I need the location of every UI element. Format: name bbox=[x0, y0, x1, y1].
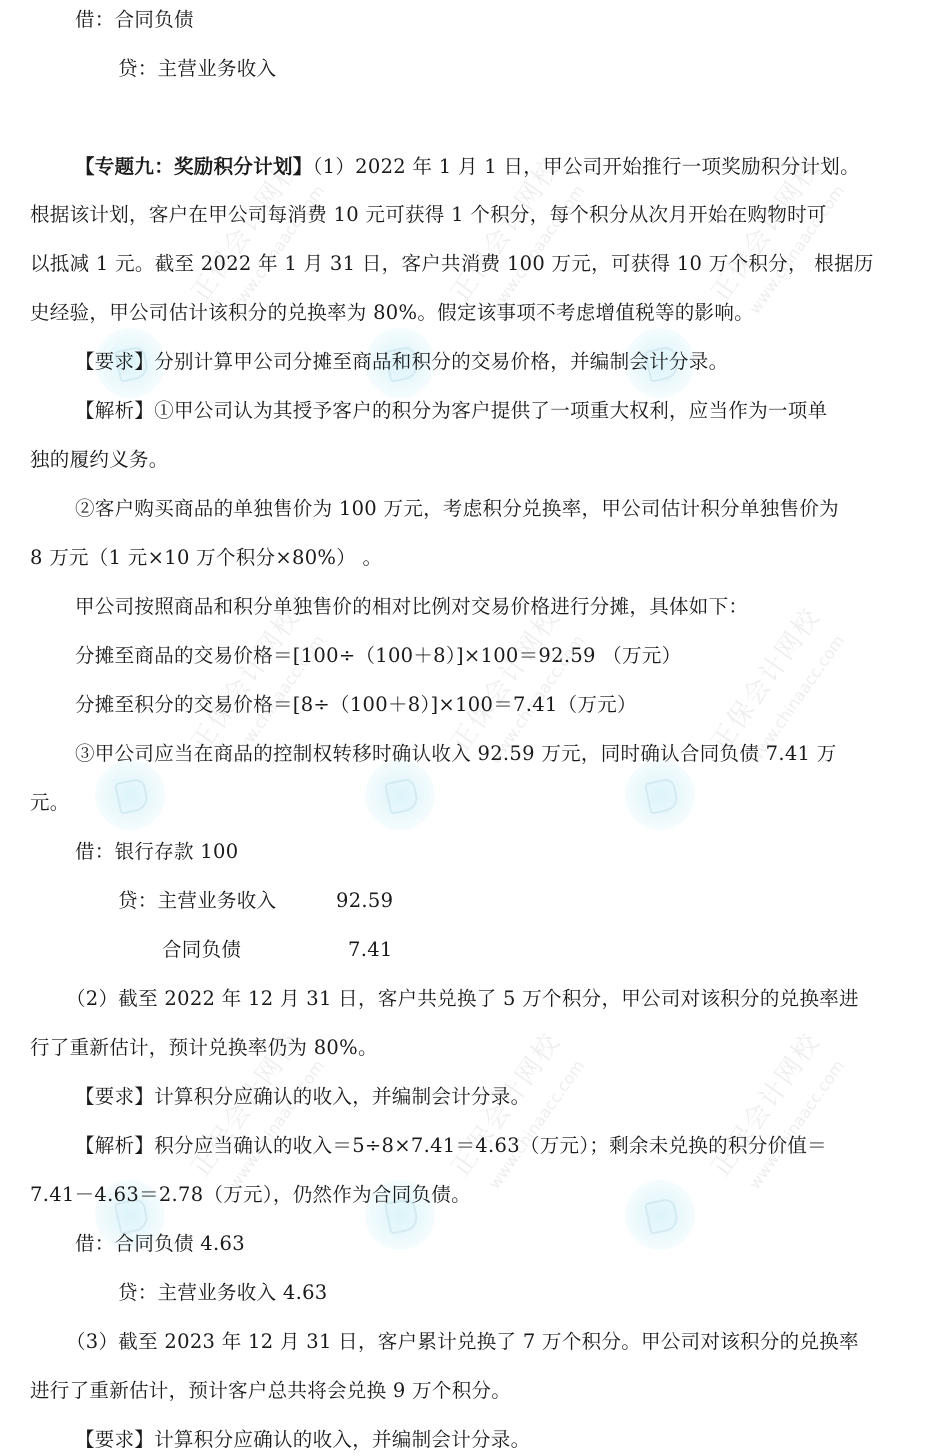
journal-account: 贷：主营业务收入 bbox=[118, 889, 276, 912]
paragraph-line: 根据该计划，客户在甲公司每消费 10 元可获得 1 个积分，每个积分从次月开始在… bbox=[30, 200, 827, 230]
analysis-line: 元。 bbox=[30, 788, 70, 818]
analysis-line: 【解析】积分应当确认的收入＝5÷8×7.41＝4.63（万元）；剩余未兑换的积分… bbox=[75, 1131, 827, 1161]
watermark-logo-icon bbox=[625, 760, 695, 830]
journal-credit-line: 合同负债 bbox=[162, 935, 241, 965]
paragraph-line: 进行了重新估计，预计客户总共将会兑换 9 万个积分。 bbox=[30, 1376, 511, 1406]
formula-line: 分摊至商品的交易价格＝[100÷（100＋8）]×100＝92.59 （万元） bbox=[75, 641, 681, 671]
paragraph-line: （3）截至 2023 年 12 月 31 日，客户累计兑换了 7 万个积分。甲公… bbox=[66, 1327, 859, 1357]
topic-paragraph-line: 【专题九：奖励积分计划】（1）2022 年 1 月 1 日，甲公司开始推行一项奖… bbox=[75, 152, 860, 182]
paragraph-line: 史经验，甲公司估计该积分的兑换率为 80%。假定该事项不考虑增值税等的影响。 bbox=[30, 298, 754, 328]
analysis-line: 8 万元（1 元×10 万个积分×80%） 。 bbox=[30, 543, 382, 573]
document-page: 正保会计网校 正保会计网校 正保会计网校 www.chinaacc.com ww… bbox=[0, 0, 933, 1456]
topic-title: 【专题九：奖励积分计划】 bbox=[75, 155, 313, 178]
journal-amount: 7.41 bbox=[348, 935, 393, 965]
requirement-line: 【要求】计算积分应确认的收入，并编制会计分录。 bbox=[75, 1082, 530, 1112]
journal-amount: 92.59 bbox=[336, 886, 393, 916]
analysis-line: 7.41－4.63＝2.78（万元），仍然作为合同负债。 bbox=[30, 1180, 471, 1210]
watermark-logo-icon bbox=[95, 760, 165, 830]
journal-debit-line: 借：合同负债 bbox=[75, 5, 194, 35]
watermark-logo-icon bbox=[625, 1180, 695, 1250]
paragraph-line: 行了重新估计，预计兑换率仍为 80%。 bbox=[30, 1033, 378, 1063]
journal-credit-line: 贷：主营业务收入 4.63 bbox=[118, 1278, 328, 1308]
analysis-line: ③甲公司应当在商品的控制权转移时确认收入 92.59 万元，同时确认合同负债 7… bbox=[75, 739, 837, 769]
paragraph-line: 以抵减 1 元。截至 2022 年 1 月 31 日，客户共消费 100 万元，… bbox=[30, 249, 874, 279]
formula-line: 分摊至积分的交易价格＝[8÷（100＋8）]×100＝7.41（万元） bbox=[75, 690, 637, 720]
analysis-line: 独的履约义务。 bbox=[30, 445, 169, 475]
topic-text: （1）2022 年 1 月 1 日，甲公司开始推行一项奖励积分计划。 bbox=[313, 155, 860, 178]
requirement-line: 【要求】计算积分应确认的收入，并编制会计分录。 bbox=[75, 1425, 530, 1455]
journal-credit-line: 贷：主营业务收入 bbox=[118, 886, 276, 916]
paragraph-line: （2）截至 2022 年 12 月 31 日，客户共兑换了 5 万个积分，甲公司… bbox=[66, 984, 859, 1014]
watermark-logo-icon bbox=[365, 760, 435, 830]
requirement-line: 【要求】分别计算甲公司分摊至商品和积分的交易价格，并编制会计分录。 bbox=[75, 347, 728, 377]
journal-debit-line: 借：银行存款 100 bbox=[75, 837, 238, 867]
analysis-line: 【解析】①甲公司认为其授予客户的积分为客户提供了一项重大权利，应当作为一项单 bbox=[75, 396, 827, 426]
journal-debit-line: 借：合同负债 4.63 bbox=[75, 1229, 245, 1259]
journal-credit-line: 贷：主营业务收入 bbox=[118, 54, 276, 84]
analysis-line: 甲公司按照商品和积分单独售价的相对比例对交易价格进行分摊，具体如下： bbox=[75, 592, 748, 622]
analysis-line: ②客户购买商品的单独售价为 100 万元，考虑积分兑换率，甲公司估计积分单独售价… bbox=[75, 494, 839, 524]
